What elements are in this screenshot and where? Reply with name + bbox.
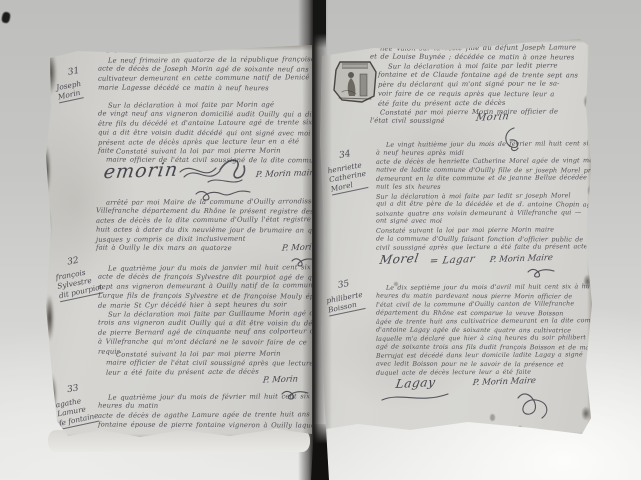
margin-entry-33: 33 agatheLamurefe fontaine (53, 381, 100, 429)
signature-officer-34: P. Morin Maire (489, 252, 553, 264)
margin-entry-32: 32 françoisSylvestredit pourpiot (53, 252, 104, 301)
signature-flourish (178, 156, 250, 186)
revenue-stamp-icon (332, 56, 378, 106)
entry-name: philiberteBoisson (326, 290, 365, 316)
act-31-opening: Le neuf frimaire an quatorze de la répub… (98, 56, 310, 93)
signature-morin-33: Morin (475, 111, 510, 124)
header-scribble: d 6 L 3 1 2 8 : a . e — e (96, 46, 296, 55)
act-33-continuation: née Valon sur la Vesle fille du défunt J… (370, 44, 582, 62)
entry-number: 35 (337, 277, 361, 291)
entry-name: agatheLamurefe fontaine (55, 394, 100, 430)
signature-underline-flourish (380, 388, 450, 406)
handwritten-line: marie Lagesse décédé ce matin à neuf heu… (98, 83, 310, 93)
scanner-edge-mark (1, 11, 11, 23)
handwritten-line: fontaine épouse de pierre fontaine vigne… (98, 420, 310, 430)
act-34-text: Le vingt huitième jour du mois de févrie… (376, 140, 586, 252)
signature-officer-35: P. Morin Maire (472, 375, 536, 387)
handwritten-line: d 6 L 3 1 2 8 : a . e — e (96, 45, 296, 56)
torn-edge (41, 144, 51, 196)
handwritten-line: fait à Ouilly le dix mars an quatorze (96, 244, 310, 254)
entry-name: JosephMorin (56, 79, 85, 103)
entry-name: françoisSylvestredit pourpiot (55, 265, 104, 301)
page-bottom-rim (318, 432, 594, 438)
folio-scribble: 9/ (330, 40, 347, 49)
act-35-text: Le dix septième jour du mois d'avril mil… (376, 284, 586, 378)
left-page: d 6 L 3 1 2 8 : a . e — e 31 JosephMorin… (44, 44, 312, 440)
handwritten-line: 9/ (330, 40, 347, 49)
margin-entry-35: 35 philiberteBoisson (323, 277, 365, 316)
act-33-opening: Le quatrième jour du mois de février mil… (98, 393, 310, 430)
edge-nub (583, 94, 592, 109)
act-33-declaration: Sur la déclaration à moi faite par ledit… (378, 62, 582, 108)
ink-mark (394, 282, 398, 286)
entry-number: 34 (338, 147, 363, 161)
register-scan: d 6 L 3 1 2 8 : a . e — e 31 JosephMorin… (0, 0, 641, 480)
ink-mark (490, 414, 495, 421)
edge-nub (587, 184, 595, 197)
signature-morel: Morel (379, 251, 420, 267)
page-right-rim (587, 36, 594, 438)
edge-nub (587, 344, 595, 357)
paraphe-flourish (526, 264, 556, 280)
edge-nub (581, 406, 591, 421)
page-top-rim (318, 36, 594, 43)
entry-number: 31 (67, 66, 80, 78)
ink-mark (518, 426, 522, 431)
torn-edge (43, 206, 51, 246)
book-spine-top (313, 0, 326, 48)
act-32-opening: Le quatrième jour du mois de janvier mil… (98, 264, 310, 310)
signature-lagar: = Lagar (429, 254, 476, 267)
under-page-edge (48, 430, 310, 452)
signature-officer-32: P. Morin (262, 373, 298, 384)
torn-edge (45, 294, 54, 342)
signature-morin-large: emorin (102, 159, 180, 184)
entry-name: henrietteCatherineMorel (327, 160, 369, 195)
entry-number: 33 (66, 381, 94, 395)
right-page: 9/ née Valon sur la Vesle fille du défun… (318, 36, 594, 438)
margin-entry-34: 34 henrietteCatherineMorel (325, 147, 369, 195)
closing-statement: arrêté par moi Maire de la commune d'Oui… (96, 198, 310, 253)
paraphe-flourish (514, 388, 556, 420)
margin-entry-31: 31 JosephMorin (53, 66, 84, 103)
